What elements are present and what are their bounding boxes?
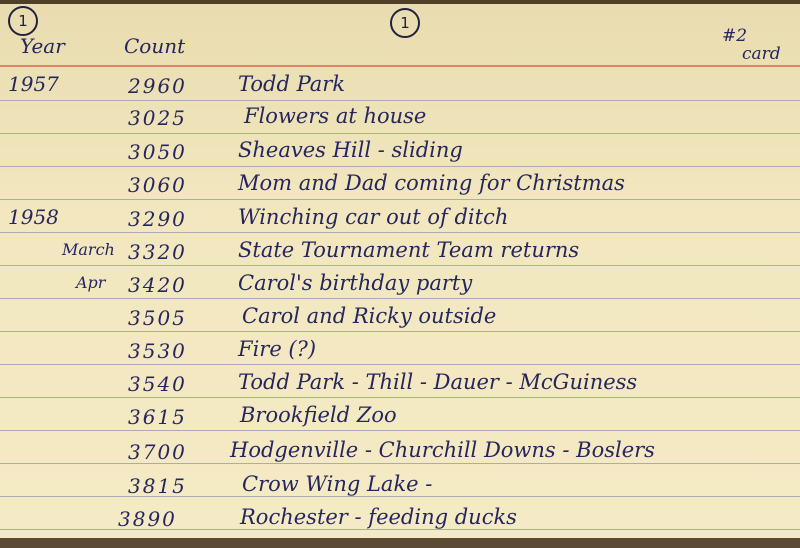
entry-event: Carol's birthday party: [238, 271, 472, 295]
entry-event: Crow Wing Lake -: [242, 472, 432, 496]
year-column-header: Year: [20, 34, 65, 58]
entry-count: 3530: [128, 339, 187, 363]
blue-rule: [0, 364, 800, 365]
circled-marker-center: 1: [390, 8, 420, 38]
entry-event: Todd Park: [238, 72, 345, 96]
blue-rule: [0, 265, 800, 266]
entry-year: 1958: [8, 205, 59, 229]
entry-month: March: [62, 240, 115, 259]
entry-year: 1957: [8, 72, 59, 96]
entry-event: Todd Park - Thill - Dauer - McGuiness: [238, 370, 637, 394]
entry-count: 3320: [128, 240, 187, 264]
card-number: #2: [722, 26, 747, 46]
count-column-header: Count: [124, 34, 185, 58]
entry-count: 2960: [128, 74, 187, 98]
entry-month: Apr: [76, 273, 105, 292]
entry-count: 3505: [128, 306, 187, 330]
entry-count: 3025: [128, 106, 187, 130]
entry-count: 3290: [128, 207, 187, 231]
entry-event: Mom and Dad coming for Christmas: [238, 171, 625, 195]
blue-rule: [0, 463, 800, 464]
entry-count: 3050: [128, 140, 187, 164]
entry-event: Rochester - feeding ducks: [240, 505, 517, 529]
entry-event: Sheaves Hill - sliding: [238, 138, 463, 162]
entry-count: 3060: [128, 173, 187, 197]
blue-rule: [0, 430, 800, 431]
red-header-rule: [0, 65, 800, 67]
entry-event: Carol and Ricky outside: [242, 304, 496, 328]
entry-event: State Tournament Team returns: [238, 238, 579, 262]
blue-rule: [0, 133, 800, 134]
blue-rule: [0, 232, 800, 233]
entry-count: 3700: [128, 440, 187, 464]
blue-rule: [0, 496, 800, 497]
entry-event: Fire (?): [238, 337, 316, 361]
entry-count: 3540: [128, 372, 187, 396]
blue-rule: [0, 397, 800, 398]
blue-rule: [0, 298, 800, 299]
entry-event: Winching car out of ditch: [238, 205, 508, 229]
card-bottom-edge-background: [0, 538, 800, 548]
blue-rule: [0, 166, 800, 167]
card-label: card: [742, 44, 781, 64]
circled-marker-left: 1: [8, 6, 38, 36]
blue-rule: [0, 199, 800, 200]
entry-count: 3890: [118, 507, 177, 531]
entry-event: Hodgenville - Churchill Downs - Boslers: [230, 438, 655, 462]
entry-event: Flowers at house: [244, 104, 426, 128]
blue-rule: [0, 100, 800, 101]
entry-count: 3615: [128, 405, 187, 429]
blue-rule: [0, 331, 800, 332]
entry-count: 3815: [128, 474, 187, 498]
entry-count: 3420: [128, 273, 187, 297]
entry-event: Brookfield Zoo: [240, 403, 397, 427]
